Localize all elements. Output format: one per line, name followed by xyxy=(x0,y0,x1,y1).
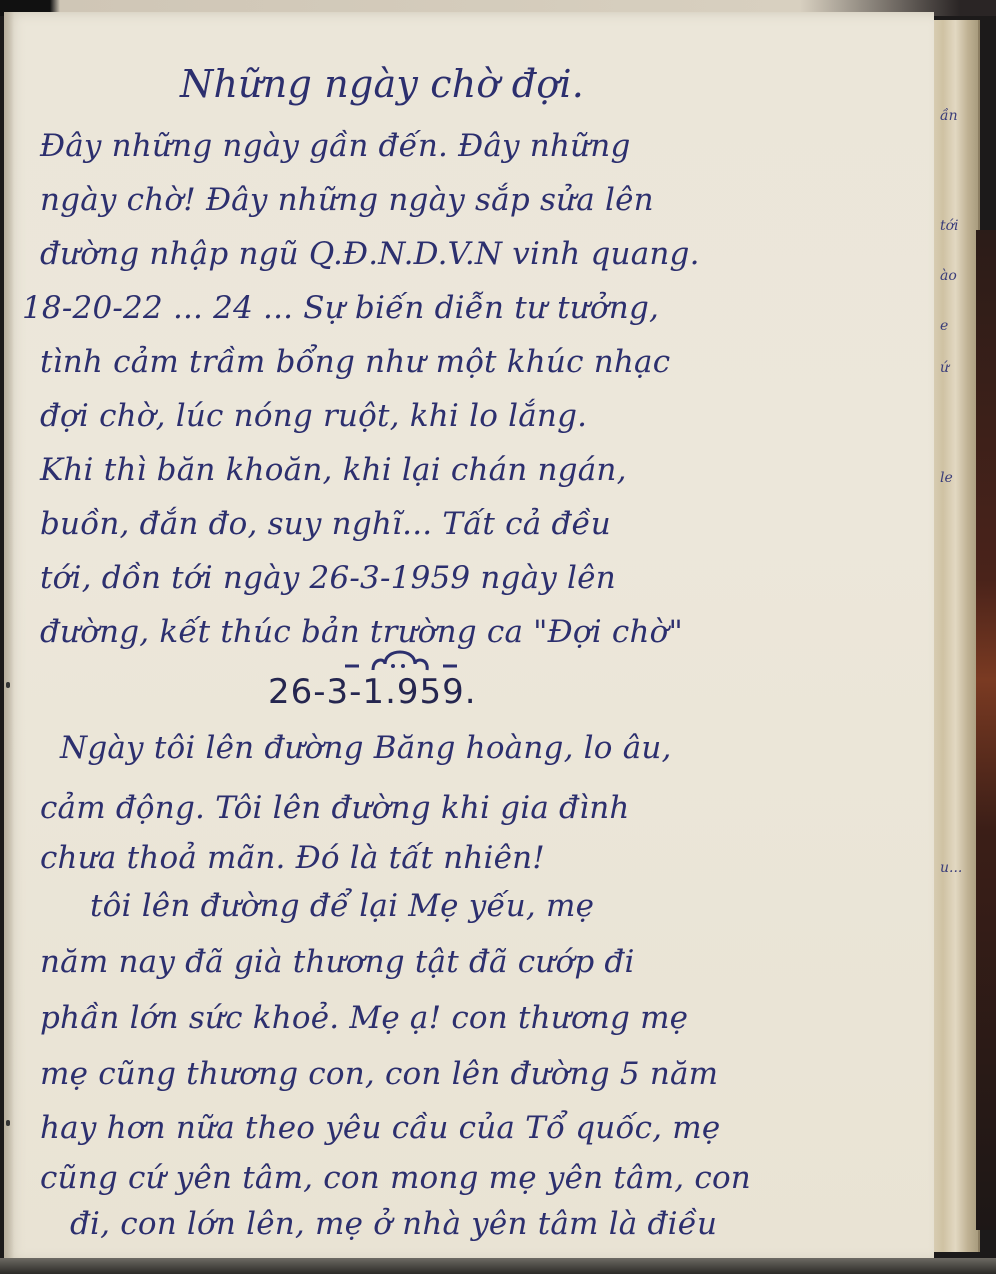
next-page-fragment: ứ xyxy=(940,360,949,376)
next-page-fragment: ần xyxy=(940,108,958,124)
text-line: cảm động. Tôi lên đường khi gia đình xyxy=(40,790,630,826)
text-line: cũng cứ yên tâm, con mong mẹ yên tâm, co… xyxy=(40,1160,751,1196)
text-line: tôi lên đường để lại Mẹ yếu, mẹ xyxy=(90,888,594,924)
text-line: chưa thoả mãn. Đó là tất nhiên! xyxy=(40,840,545,876)
next-page-fragment: tới xyxy=(940,218,959,234)
text-line: phần lớn sức khoẻ. Mẹ ạ! con thương mẹ xyxy=(40,1000,688,1036)
text-line: tình cảm trầm bổng như một khúc nhạc xyxy=(40,344,670,380)
page-title: Những ngày chờ đợi. xyxy=(180,62,584,106)
notebook-cover-edge xyxy=(976,230,996,1230)
text-line: mẹ cũng thương con, con lên đường 5 năm xyxy=(40,1056,718,1092)
next-page-fragment: e xyxy=(940,318,948,334)
margin-mark xyxy=(6,682,10,688)
text-line: buồn, đắn đo, suy nghĩ... Tất cả đều xyxy=(40,506,611,542)
text-line: hay hơn nữa theo yêu cầu của Tổ quốc, mẹ xyxy=(40,1110,720,1146)
date-heading: 26-3-1.959. xyxy=(268,672,477,712)
text-line: 18-20-22 ... 24 ... Sự biến diễn tư tưởn… xyxy=(22,290,659,326)
next-page-fragment: u... xyxy=(940,860,962,876)
next-page-fragment: le xyxy=(940,470,953,486)
text-line: Đây những ngày gần đến. Đây những xyxy=(40,128,631,164)
text-line: Ngày tôi lên đường Băng hoàng, lo âu, xyxy=(60,730,672,766)
notebook-bottom-edge xyxy=(0,1258,996,1274)
text-line: ngày chờ! Đây những ngày sắp sửa lên xyxy=(40,182,654,218)
margin-mark xyxy=(6,1120,10,1126)
text-line: năm nay đã già thương tật đã cướp đi xyxy=(40,944,635,980)
text-line: Khi thì băn khoăn, khi lại chán ngán, xyxy=(40,452,627,488)
text-line: đường nhập ngũ Q.Đ.N.D.V.N vinh quang. xyxy=(40,236,700,272)
next-page-fragment: ào xyxy=(940,268,957,284)
page-stack-edge xyxy=(928,20,980,1252)
text-line: đi, con lớn lên, mẹ ở nhà yên tâm là điề… xyxy=(70,1206,717,1242)
text-line: tới, dồn tới ngày 26-3-1959 ngày lên xyxy=(40,560,616,596)
text-line: đợi chờ, lúc nóng ruột, khi lo lắng. xyxy=(40,398,587,434)
